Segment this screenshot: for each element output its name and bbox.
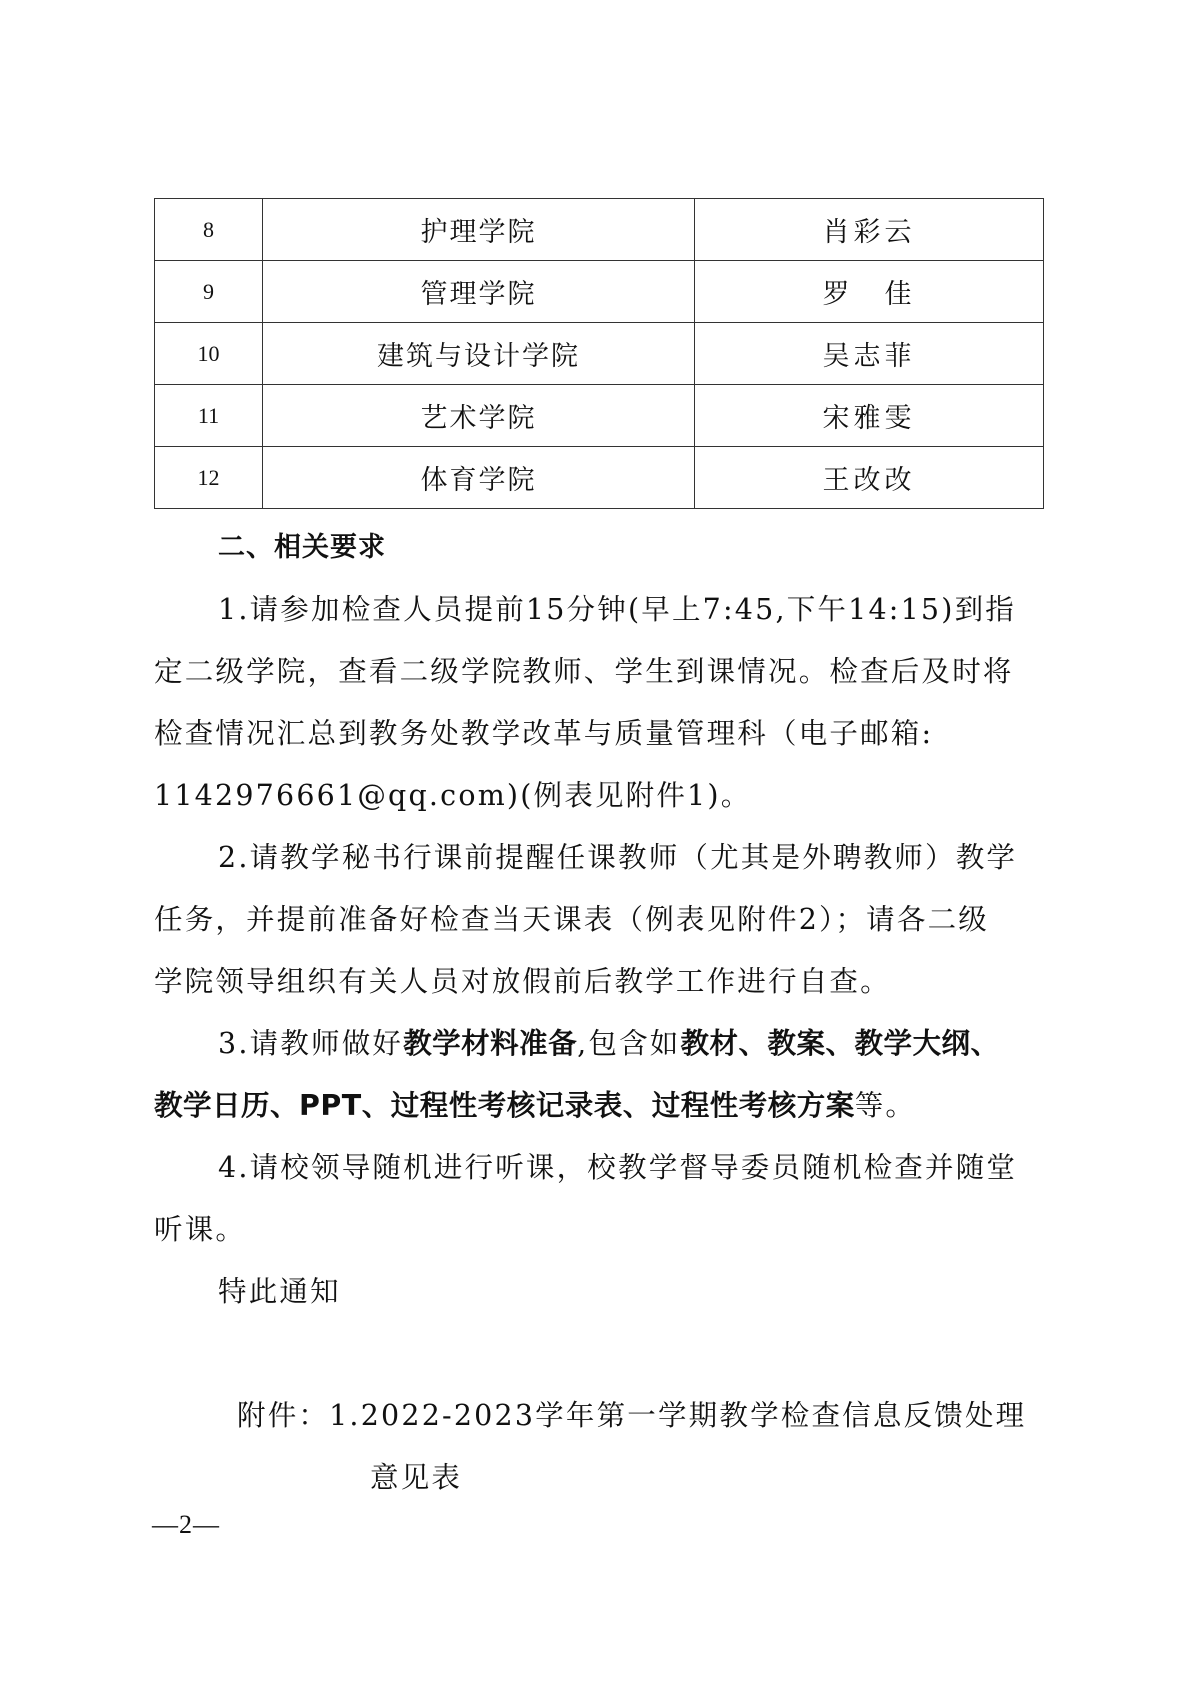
requirement-1-line-4: 1142976661@qq.com)(例表见附件1)。 <box>154 776 1044 816</box>
inspector-name: 罗 佳 <box>695 261 1044 323</box>
department-name: 体育学院 <box>263 447 695 509</box>
requirement-4-line-1: 4.请校领导随机进行听课，校教学督导委员随机检查并随堂 <box>218 1148 1108 1188</box>
requirement-4-line-2: 听课。 <box>154 1210 1044 1250</box>
department-name: 建筑与设计学院 <box>263 323 695 385</box>
requirement-1-line-1: 1.请参加检查人员提前15分钟(早上7:45,下午14:15)到指 <box>218 590 1108 630</box>
row-number: 9 <box>155 261 263 323</box>
requirement-2-line-2: 任务，并提前准备好检查当天课表（例表见附件2）；请各二级 <box>154 900 1044 940</box>
attachment-line-1: 附件：1.2022-2023学年第一学期教学检查信息反馈处理 <box>237 1396 1127 1436</box>
requirement-3-mid: ,包含如 <box>577 1027 680 1060</box>
row-number: 12 <box>155 447 263 509</box>
requirement-1-line-3: 检查情况汇总到教务处教学改革与质量管理科（电子邮箱: <box>154 714 1044 754</box>
inspector-name: 吴志菲 <box>695 323 1044 385</box>
section-heading: 二、相关要求 <box>218 528 1108 568</box>
requirement-3-line-2: 教学日历、PPT、过程性考核记录表、过程性考核方案等。 <box>154 1086 1044 1126</box>
requirement-1-line-2: 定二级学院，查看二级学院教师、学生到课情况。检查后及时将 <box>154 652 1044 692</box>
requirement-3-emphasis-list-1: 教材、教案、教学大纲、 <box>680 1027 999 1060</box>
page-number: —2— <box>152 1510 220 1540</box>
inspection-roster-table: 8 护理学院 肖彩云 9 管理学院 罗 佳 10 建筑与设计学院 吴志菲 11 … <box>154 198 1044 509</box>
row-number: 10 <box>155 323 263 385</box>
requirement-3-line-1: 3.请教师做好教学材料准备,包含如教材、教案、教学大纲、 <box>218 1024 1108 1064</box>
requirement-3-suffix: 等。 <box>855 1089 916 1122</box>
requirement-2-line-3: 学院领导组织有关人员对放假前后教学工作进行自查。 <box>154 962 1044 1002</box>
attachment-line-2: 意见表 <box>370 1458 1191 1498</box>
document-page: 8 护理学院 肖彩云 9 管理学院 罗 佳 10 建筑与设计学院 吴志菲 11 … <box>0 0 1191 1684</box>
inspector-name: 宋雅雯 <box>695 385 1044 447</box>
table-row: 9 管理学院 罗 佳 <box>155 261 1044 323</box>
requirement-2-line-1: 2.请教学秘书行课前提醒任课教师（尤其是外聘教师）教学 <box>218 838 1108 878</box>
department-name: 护理学院 <box>263 199 695 261</box>
requirement-3-emphasis-materials: 教学材料准备 <box>403 1027 577 1060</box>
closing-remark: 特此通知 <box>218 1272 1108 1312</box>
requirement-3-prefix: 3.请教师做好 <box>218 1027 403 1060</box>
table-row: 12 体育学院 王改改 <box>155 447 1044 509</box>
row-number: 8 <box>155 199 263 261</box>
table-row: 10 建筑与设计学院 吴志菲 <box>155 323 1044 385</box>
row-number: 11 <box>155 385 263 447</box>
inspector-name: 王改改 <box>695 447 1044 509</box>
table-row: 8 护理学院 肖彩云 <box>155 199 1044 261</box>
table-row: 11 艺术学院 宋雅雯 <box>155 385 1044 447</box>
requirement-3-emphasis-list-2: 教学日历、PPT、过程性考核记录表、过程性考核方案 <box>154 1089 855 1122</box>
department-name: 艺术学院 <box>263 385 695 447</box>
inspector-name: 肖彩云 <box>695 199 1044 261</box>
department-name: 管理学院 <box>263 261 695 323</box>
